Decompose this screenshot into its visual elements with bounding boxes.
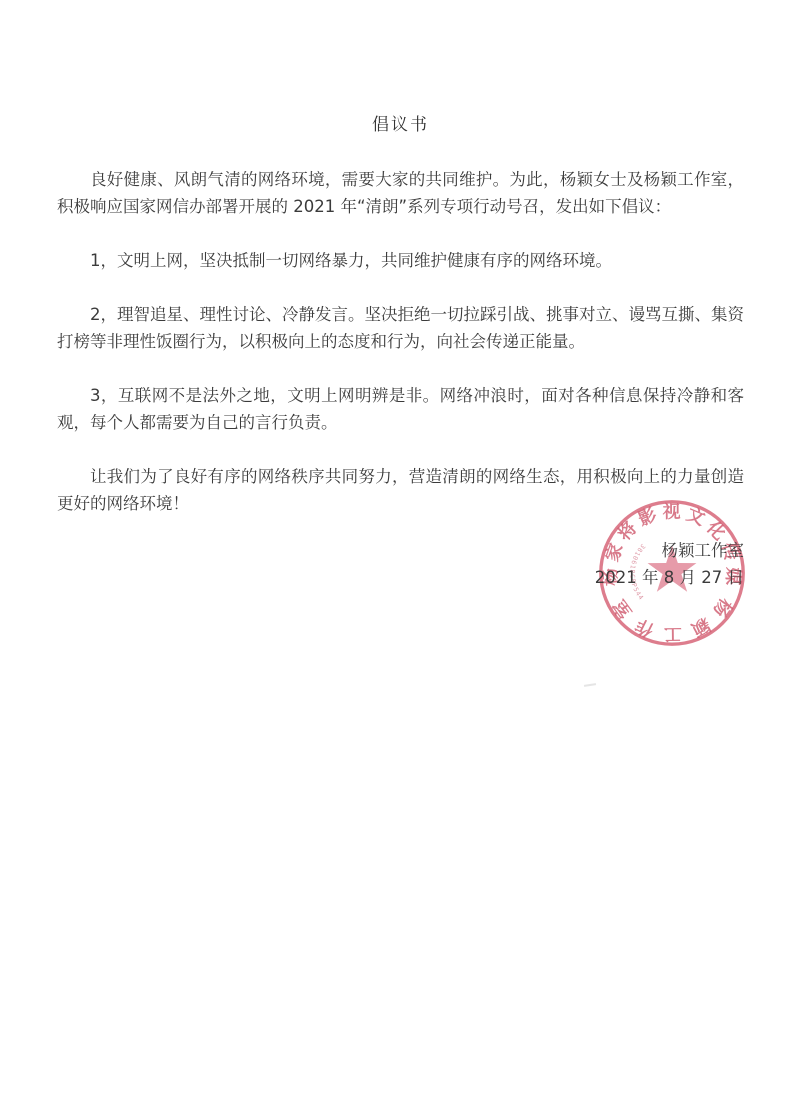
signature-name: 杨颖工作室 (57, 537, 744, 564)
letter-body: 倡议书 良好健康、风朗气清的网络环境，需要大家的共同维护。为此，杨颖女士及杨颖工… (57, 112, 744, 591)
document-page: 倡议书 良好健康、风朗气清的网络环境，需要大家的共同维护。为此，杨颖女士及杨颖工… (0, 0, 800, 1114)
paragraph-closing: 让我们为了良好有序的网络秩序共同努力，营造清朗的网络生态，用积极向上的力量创造更… (57, 463, 744, 517)
scan-artifact (584, 683, 596, 687)
signature-date: 2021 年 8 月 27 日 (57, 564, 744, 591)
paragraph-intro: 良好健康、风朗气清的网络环境，需要大家的共同维护。为此，杨颖女士及杨颖工作室，积… (57, 166, 744, 220)
paragraph-point-3: 3，互联网不是法外之地，文明上网明辨是非。网络冲浪时，面对各种信息保持冷静和客观… (57, 382, 744, 436)
signature-block: 杨颖工作室 2021 年 8 月 27 日 (57, 537, 744, 591)
seal-arc-text-bottom: 杨颖工作室 (608, 594, 737, 644)
page-title: 倡议书 (57, 112, 744, 139)
paragraph-point-1: 1，文明上网，坚决抵制一切网络暴力，共同维护健康有序的网络环境。 (57, 247, 744, 274)
paragraph-point-2: 2，理智追星、理性讨论、冷静发言。坚决拒绝一切拉踩引战、挑事对立、谩骂互撕、集资… (57, 301, 744, 355)
